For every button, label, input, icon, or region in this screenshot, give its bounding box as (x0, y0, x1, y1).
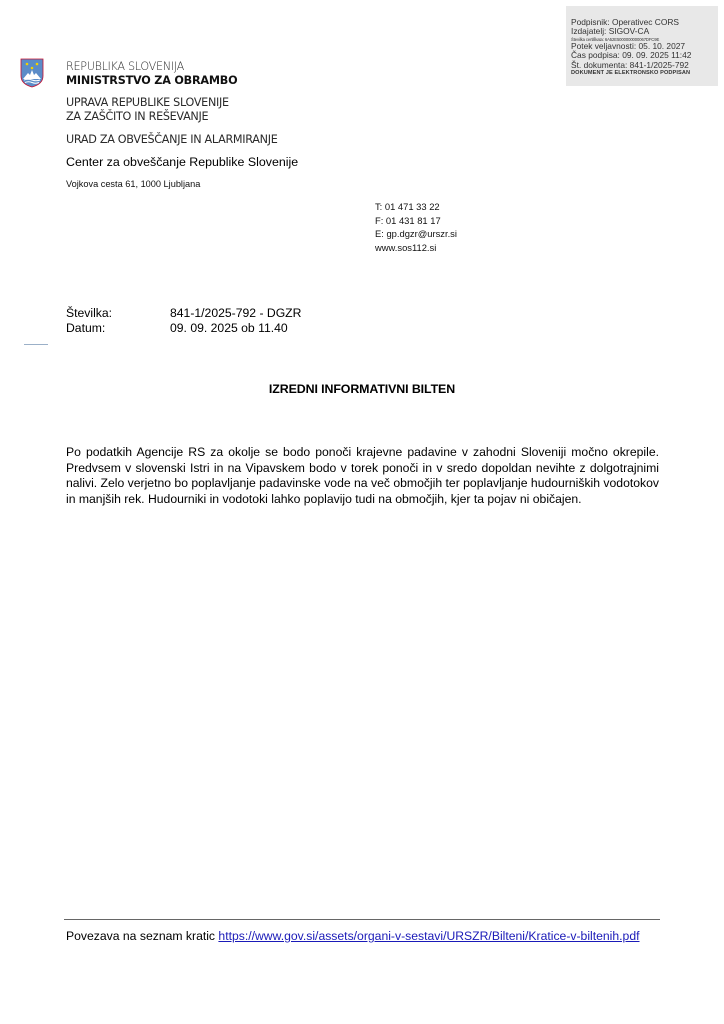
fax: F: 01 431 81 17 (375, 214, 457, 228)
document-meta: Številka: 841-1/2025-792 - DGZR Datum: 0… (66, 306, 301, 337)
address: Vojkova cesta 61, 1000 Ljubljana (66, 179, 200, 189)
number-value: 841-1/2025-792 - DGZR (170, 306, 301, 321)
footer-divider (64, 919, 660, 920)
bulletin-title: IZREDNI INFORMATIVNI BILTEN (0, 382, 724, 396)
date-label: Datum: (66, 321, 170, 336)
website: www.sos112.si (375, 241, 457, 255)
footer: Povezava na seznam kratic https://www.go… (66, 929, 640, 943)
email: E: gp.dgzr@urszr.si (375, 227, 457, 241)
contact-block: T: 01 471 33 22 F: 01 431 81 17 E: gp.dg… (375, 200, 457, 254)
date-value: 09. 09. 2025 ob 11.40 (170, 321, 288, 336)
administration-name-line1: UPRAVA REPUBLIKE SLOVENIJE (66, 96, 229, 109)
center-name: Center za obveščanje Republike Slovenije (66, 155, 298, 169)
electronic-signature-stamp: Podpisnik: Operativec CORS Izdajatelj: S… (566, 6, 718, 86)
abbreviations-link[interactable]: https://www.gov.si/assets/organi-v-sesta… (218, 929, 639, 943)
bulletin-body: Po podatkih Agencije RS za okolje se bod… (66, 445, 659, 507)
footer-label: Povezava na seznam kratic (66, 929, 218, 943)
number-label: Številka: (66, 306, 170, 321)
office-name: URAD ZA OBVEŠČANJE IN ALARMIRANJE (66, 133, 277, 146)
slovenia-coat-of-arms-icon (20, 58, 44, 88)
stamp-issuer: Izdajatelj: SIGOV-CA (571, 27, 718, 36)
stamp-notice: DOKUMENT JE ELEKTRONSKO PODPISAN (571, 70, 718, 77)
administration-name-line2: ZA ZAŠČITO IN REŠEVANJE (66, 110, 208, 123)
ministry-name: MINISTRSTVO ZA OBRAMBO (66, 74, 237, 87)
phone: T: 01 471 33 22 (375, 200, 457, 214)
stamp-document-number: Št. dokumenta: 841-1/2025-792 (571, 61, 718, 70)
republic-name: REPUBLIKA SLOVENIJA (66, 60, 184, 73)
fold-mark (24, 344, 48, 345)
